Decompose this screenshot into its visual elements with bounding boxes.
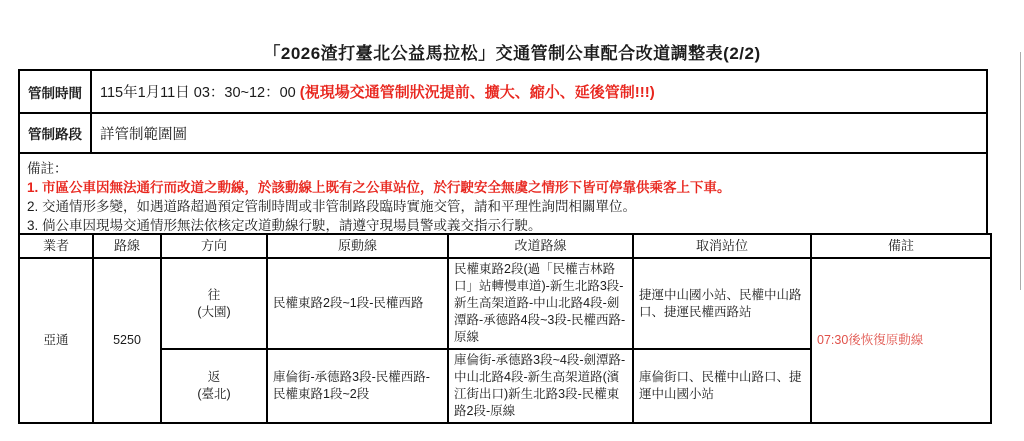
control-info-box: 管制時間 115年1月11日 03：30~12：00 (視現場交通管制狀況提前、… [18, 69, 988, 245]
control-time-label: 管制時間 [20, 71, 92, 112]
control-section-label: 管制路段 [20, 114, 92, 152]
remark-cell: 07:30後恢復原動線 [811, 258, 991, 423]
control-time-warning: (視現場交通管制狀況提前、擴大、縮小、延後管制!!!) [300, 81, 655, 102]
original-route-cell: 庫倫街-承德路3段-民權西路-民權東路1段~2段 [267, 349, 448, 423]
notes-box: 備註： 1. 市區公車因無法通行而改道之動線，於該動線上既有之公車站位，於行駛安… [20, 152, 986, 243]
page-edge-line [1020, 52, 1021, 290]
control-section-row: 管制路段 詳管制範圍圖 [20, 112, 986, 152]
note-line-2: 2. 交通情形多變，如遇道路超過預定管制時間或非管制路段臨時實施交管，請和平理性… [27, 197, 979, 216]
note-line-1: 1. 市區公車因無法通行而改道之動線，於該動線上既有之公車站位，於行駛安全無虞之… [27, 178, 979, 197]
col-header-remark: 備註 [811, 234, 991, 258]
col-header-detour-route: 改道路線 [448, 234, 633, 258]
col-header-direction: 方向 [161, 234, 267, 258]
control-time-value-wrap: 115年1月11日 03：30~12：00 (視現場交通管制狀況提前、擴大、縮小… [92, 71, 986, 112]
page-title: 「2026渣打臺北公益馬拉松」交通管制公車配合改道調整表(2/2) [0, 39, 1024, 64]
control-time-value: 115年1月11日 03：30~12：00 [100, 81, 296, 102]
control-section-value: 詳管制範圍圖 [92, 114, 986, 152]
col-header-original-route: 原動線 [267, 234, 448, 258]
bus-reroute-table: 業者 路線 方向 原動線 改道路線 取消站位 備註 亞通 5250 往 (大園)… [18, 233, 992, 424]
cancelled-stops-cell: 庫倫街口、民權中山路口、捷運中山國小站 [633, 349, 811, 423]
operator-cell: 亞通 [19, 258, 93, 423]
cancelled-stops-cell: 捷運中山國小站、民權中山路口、捷運民權西路站 [633, 258, 811, 349]
control-time-row: 管制時間 115年1月11日 03：30~12：00 (視現場交通管制狀況提前、… [20, 71, 986, 112]
detour-route-cell: 庫倫街-承德路3段~4段-劍潭路-中山北路4段-新生高架道路(濱江街出口)新生北… [448, 349, 633, 423]
table-row-outbound: 亞通 5250 往 (大園) 民權東路2段~1段-民權西路 民權東路2段(過「民… [19, 258, 991, 349]
col-header-route: 路線 [93, 234, 161, 258]
route-cell: 5250 [93, 258, 161, 423]
direction-cell: 返 (臺北) [161, 349, 267, 423]
col-header-cancelled-stops: 取消站位 [633, 234, 811, 258]
col-header-operator: 業者 [19, 234, 93, 258]
original-route-cell: 民權東路2段~1段-民權西路 [267, 258, 448, 349]
table-header-row: 業者 路線 方向 原動線 改道路線 取消站位 備註 [19, 234, 991, 258]
notes-heading: 備註： [27, 159, 979, 178]
detour-route-cell: 民權東路2段(過「民權吉林路口」站轉慢車道)-新生北路3段-新生高架道路-中山北… [448, 258, 633, 349]
direction-cell: 往 (大園) [161, 258, 267, 349]
